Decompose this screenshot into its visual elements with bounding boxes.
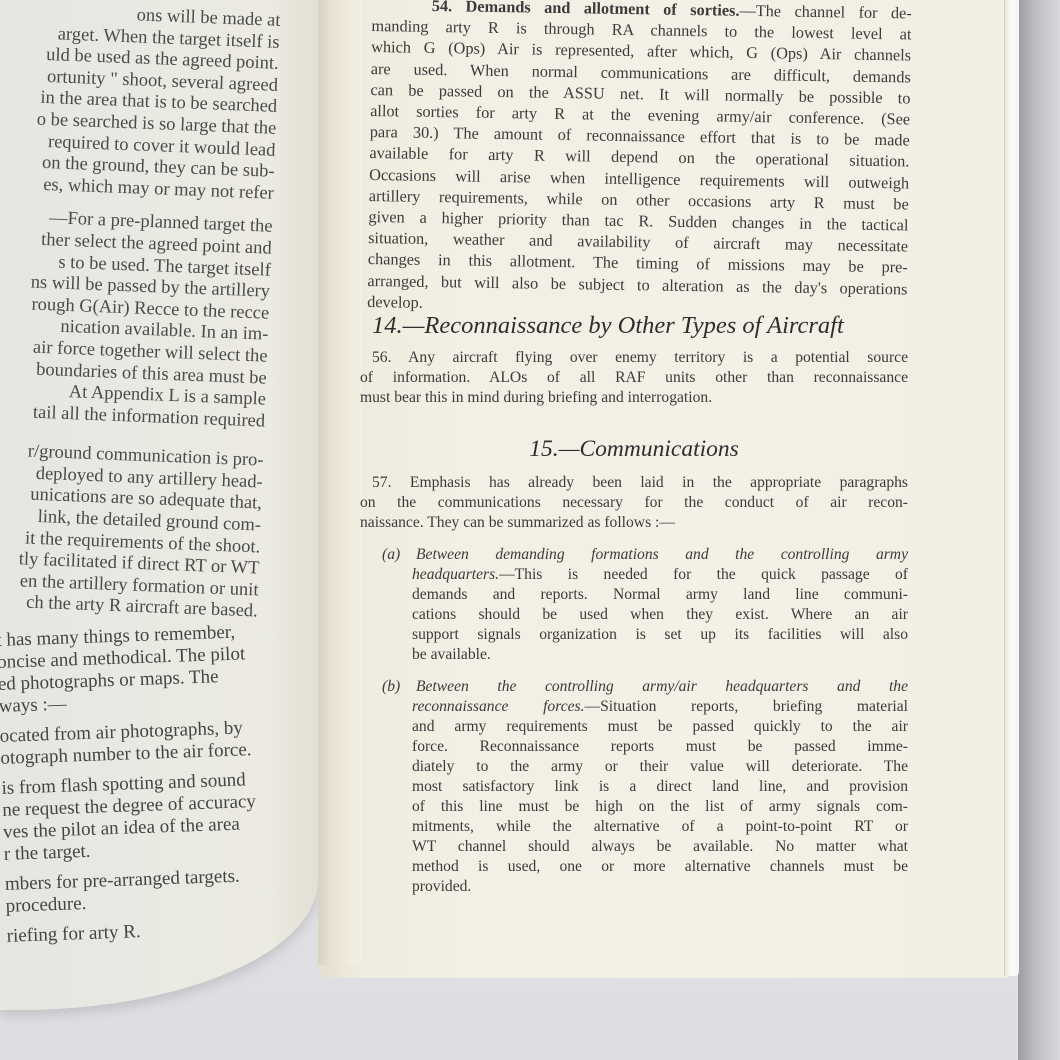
text-line: be available.	[360, 645, 908, 665]
text-line: naissance. They can be summarized as fol…	[360, 513, 908, 533]
text-line: provided.	[360, 877, 908, 897]
section-14: 14.—Reconnaissance by Other Types of Air…	[360, 312, 908, 408]
text-line: cations should be used when they exist. …	[360, 605, 908, 625]
text-line: of information. ALOs of all RAF units ot…	[360, 368, 908, 388]
photo-scene: ons will be made at arget. When the targ…	[0, 0, 1060, 1060]
text-line: 56. Any aircraft flying over enemy terri…	[360, 348, 908, 368]
section-15: 15.—Communications 57. Emphasis has alre…	[360, 436, 908, 897]
text-line: support signals organization is set up i…	[360, 625, 908, 645]
text-line: of this line must be high on the list of…	[360, 797, 908, 817]
left-page-upper-text: ons will be made at arget. When the targ…	[0, 0, 281, 624]
left-page: ons will be made at arget. When the targ…	[0, 0, 318, 1010]
text-line: must bear this in mind during briefing a…	[360, 388, 908, 408]
section-heading: 14.—Reconnaissance by Other Types of Air…	[360, 312, 908, 340]
text-line: (b)Between the controlling army/air head…	[360, 677, 908, 697]
backdrop-shadow	[1018, 0, 1060, 1060]
text-line: and army requirements must be passed qui…	[360, 717, 908, 737]
text-line: diately to the army or their value will …	[360, 757, 908, 777]
paragraph-56: 56. Any aircraft flying over enemy terri…	[360, 348, 908, 408]
text-line: on the communications necessary for the …	[360, 493, 908, 513]
page-stack-edge	[1004, 0, 1019, 976]
text-line: demands and reports. Normal army land li…	[360, 585, 908, 605]
text-line: method is used, one or more alternative …	[360, 857, 908, 877]
left-page-lower-text: t has many things to remember, oncise an…	[0, 620, 297, 948]
list-marker: (b)	[382, 677, 416, 697]
text-line: WT channel should always be available. N…	[360, 837, 908, 857]
text-line: reconnaissance forces.—Situation reports…	[360, 697, 908, 717]
text-line: force. Reconnaissance reports must be pa…	[360, 737, 908, 757]
paragraph-57: 57. Emphasis has already been laid in th…	[360, 473, 908, 533]
list-item-b: (b)Between the controlling army/air head…	[360, 677, 908, 897]
text-line: most satisfactory link is a direct land …	[360, 777, 908, 797]
book-gutter	[318, 0, 362, 965]
paragraph-54: 54. Demands and allotment of sorties.—Th…	[367, 0, 912, 320]
text-line: headquarters.—This is needed for the qui…	[360, 565, 908, 585]
list-marker: (a)	[382, 545, 416, 565]
list-item-a: (a)Between demanding formations and the …	[360, 545, 908, 665]
section-heading: 15.—Communications	[360, 436, 908, 463]
text-line: (a)Between demanding formations and the …	[360, 545, 908, 565]
text-line: mitments, while the alternative of a poi…	[360, 817, 908, 837]
text-line: 57. Emphasis has already been laid in th…	[360, 473, 908, 493]
